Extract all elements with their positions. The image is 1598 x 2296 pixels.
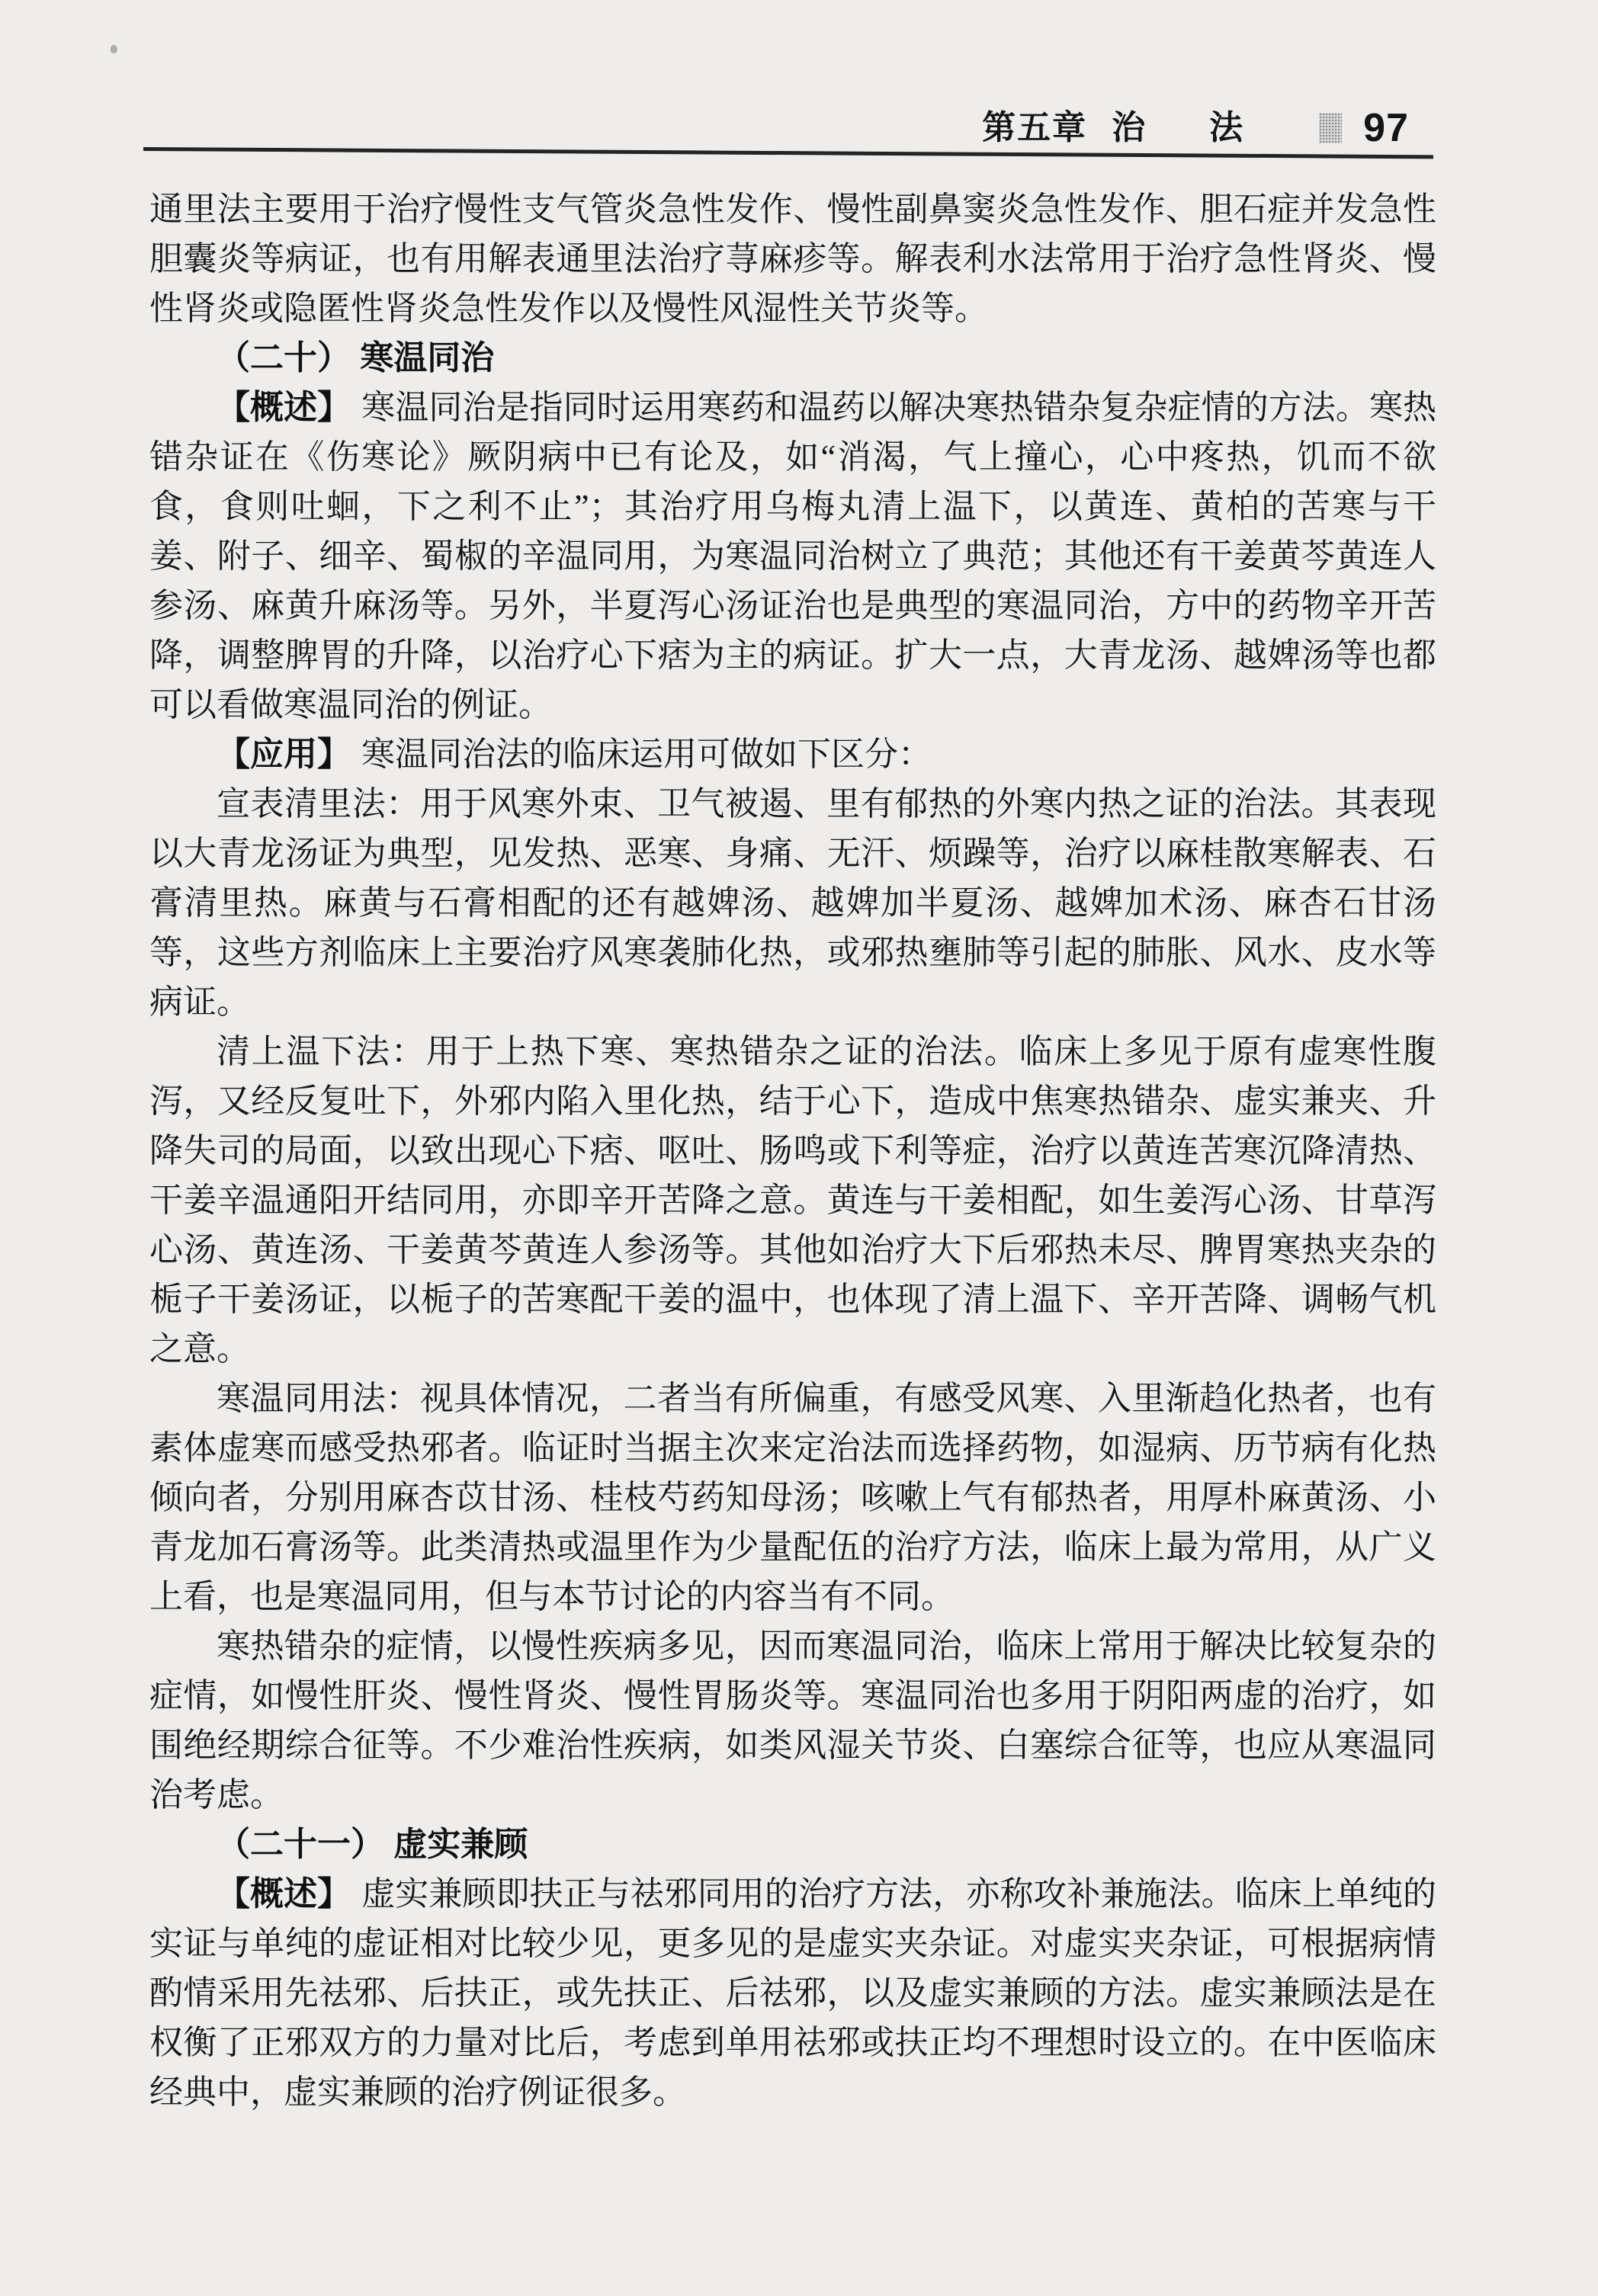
scan-speck (111, 45, 117, 53)
section-heading: （二十） 寒温同治 (149, 333, 1436, 383)
paragraph: 宣表清里法：用于风寒外束、卫气被遏、里有郁热的外寒内热之证的治法。其表现以大青龙… (149, 779, 1436, 1027)
paragraph: 寒热错杂的症情，以慢性疾病多见，因而寒温同治，临床上常用于解决比较复杂的症情，如… (149, 1621, 1436, 1820)
page-header: 第五章 治 法 97 (982, 111, 1409, 145)
chapter-title-char-1: 治 (1112, 111, 1145, 145)
paragraph: 【概述】虚实兼顾即扶正与祛邪同用的治疗方法，亦称攻补兼施法。临床上单纯的实证与单… (149, 1869, 1436, 2117)
paragraph: 通里法主要用于治疗慢性支气管炎急性发作、慢性副鼻窦炎急性发作、胆石症并发急性胆囊… (149, 184, 1436, 333)
paragraph-label: 【概述】 (217, 389, 351, 426)
chapter-label: 第五章 (982, 111, 1087, 145)
paragraph: 寒温同用法：视具体情况，二者当有所偏重，有感受风寒、入里渐趋化热者，也有素体虚寒… (149, 1374, 1436, 1621)
halftone-square-icon (1319, 113, 1342, 143)
chapter-title-char-2: 法 (1209, 111, 1243, 145)
paragraph-label: 【应用】 (217, 736, 351, 773)
header-rule (143, 147, 1433, 159)
paragraph: 清上温下法：用于上热下寒、寒热错杂之证的治法。临床上多见于原有虚寒性腹泻，又经反… (149, 1027, 1436, 1374)
page-number: 97 (1363, 111, 1409, 145)
page-body-text: 通里法主要用于治疗慢性支气管炎急性发作、慢性副鼻窦炎急性发作、胆石症并发急性胆囊… (149, 184, 1436, 2117)
section-heading: （二十一） 虚实兼顾 (149, 1820, 1436, 1869)
paragraph: 【应用】寒温同治法的临床运用可做如下区分： (149, 730, 1436, 779)
paragraph: 【概述】寒温同治是指同时运用寒药和温药以解决寒热错杂复杂症情的方法。寒热错杂证在… (149, 383, 1436, 730)
scanned-page: 第五章 治 法 97 通里法主要用于治疗慢性支气管炎急性发作、慢性副鼻窦炎急性发… (0, 0, 1598, 2296)
paragraph-label: 【概述】 (217, 1875, 351, 1913)
